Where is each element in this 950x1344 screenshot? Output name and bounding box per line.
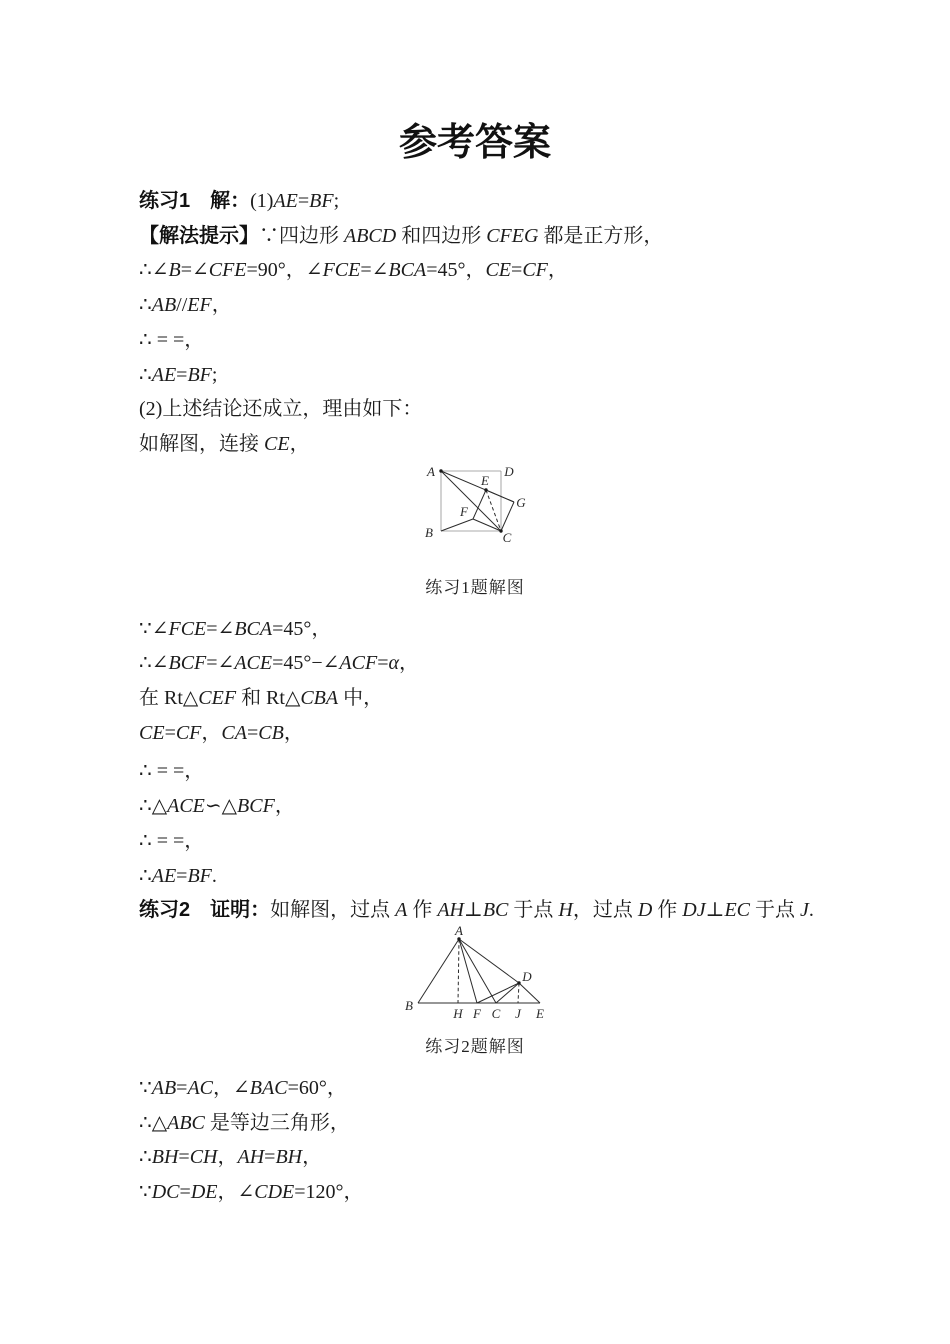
math-text: 在 Rt△CEF 和 Rt△CBA 中， — [139, 687, 383, 709]
segment-AF — [459, 939, 477, 1003]
math-text: (1)AE=BF; — [250, 190, 339, 212]
math-text: ∴△ACE∽△BCF， — [139, 795, 295, 817]
point-label-A: A — [426, 464, 435, 479]
math-text: ∴∠BCF=∠ACE=45°−∠ACF=α， — [139, 652, 419, 674]
text-line: 【解法提示】∵四边形 ABCD 和四边形 CFEG 都是正方形， — [139, 219, 890, 254]
text-line: ∴∠BCF=∠ACE=45°−∠ACF=α， — [139, 646, 890, 681]
exercise-2-figure: ABHFCJED — [400, 926, 570, 1021]
text-line: 练习1 解：(1)AE=BF; — [139, 184, 890, 219]
solution-text-block-2: ∵∠FCE=∠BCA=45°，∴∠BCF=∠ACE=45°−∠ACF=α，在 R… — [0, 612, 950, 751]
math-text: ∴ = =， — [139, 760, 204, 782]
bold-label: 练习2 — [139, 899, 190, 921]
text-line: 在 Rt△CEF 和 Rt△CBA 中， — [139, 681, 890, 716]
point-label-H: H — [452, 1006, 463, 1021]
point-label-D: D — [503, 464, 514, 479]
text-line: ∴△ACE∽△BCF， — [139, 789, 890, 824]
math-text: ∴AB//EF， — [139, 294, 232, 316]
text-line: ∴BH=CH，AH=BH， — [139, 1140, 890, 1175]
figure-caption-2: 练习2题解图 — [0, 1036, 950, 1058]
bold-label: 证明： — [210, 899, 270, 921]
text-line: ∴ = =， — [139, 323, 890, 358]
point-dot-E — [484, 488, 487, 491]
text-line: ∴ = =， — [139, 824, 890, 859]
exercise-2-figure-wrap: ABHFCJED — [400, 926, 950, 1021]
point-dot-A — [439, 469, 442, 472]
math-text: ∵∠FCE=∠BCA=45°， — [139, 618, 331, 640]
text-line: ∵AB=AC，∠BAC=60°， — [139, 1071, 890, 1106]
text-line: ∴AB//EF， — [139, 288, 890, 323]
segment-AH — [458, 939, 459, 1003]
segment-AC — [441, 471, 501, 531]
math-text: ∴∠B=∠CFE=90°，∠FCE=∠BCA=45°，CE=CF， — [139, 259, 568, 281]
math-text: ∴AE=BF. — [139, 865, 217, 887]
text-line: ∴∠B=∠CFE=90°，∠FCE=∠BCA=45°，CE=CF， — [139, 253, 890, 288]
segment-BF — [441, 519, 473, 531]
point-label-D: D — [521, 969, 532, 984]
segment-EC — [486, 490, 501, 531]
text-line: ∴AE=BF; — [139, 358, 890, 393]
segment-GC — [501, 502, 514, 531]
exercise-1-figure: ADBCEFG — [415, 456, 585, 556]
math-text: ∴ = =， — [139, 830, 204, 852]
segment-AD — [459, 939, 519, 983]
text-line: ∴△ABC 是等边三角形， — [139, 1106, 890, 1141]
math-text: ∵四边形 ABCD 和四边形 CFEG 都是正方形， — [259, 225, 663, 247]
point-label-C: C — [492, 1006, 501, 1021]
point-label-A: A — [454, 926, 463, 938]
point-label-B: B — [405, 998, 413, 1013]
point-label-J: J — [515, 1006, 522, 1021]
bold-label: 【解法提示】 — [139, 225, 259, 247]
bold-label: 解： — [210, 190, 250, 212]
solution-text-block-4: ∵AB=AC，∠BAC=60°，∴△ABC 是等边三角形，∴BH=CH，AH=B… — [0, 1071, 950, 1210]
solution-text-block-1: 练习1 解：(1)AE=BF;【解法提示】∵四边形 ABCD 和四边形 CFEG… — [0, 184, 950, 462]
math-text: ∴ = =， — [139, 329, 204, 351]
point-label-F: F — [472, 1006, 482, 1021]
math-text: (2)上述结论还成立，理由如下： — [139, 398, 422, 420]
point-label-G: G — [516, 495, 526, 510]
exercise-1-figure-wrap: ADBCEFG — [415, 456, 950, 556]
document-page: 参考答案 练习1 解：(1)AE=BF;【解法提示】∵四边形 ABCD 和四边形… — [0, 0, 950, 1344]
math-text: CE=CF，CA=CB， — [139, 722, 304, 744]
segment-DF — [477, 983, 519, 1003]
text-line: (2)上述结论还成立，理由如下： — [139, 392, 890, 427]
solution-text-block-3: ∴ = =，∴△ACE∽△BCF，∴ = =，∴AE=BF.练习2 证明：如解图… — [0, 754, 950, 928]
point-label-F: F — [459, 504, 469, 519]
point-label-E: E — [480, 473, 489, 488]
math-text: ∵DC=DE，∠CDE=120°， — [139, 1181, 364, 1203]
math-text — [190, 899, 210, 921]
point-label-E: E — [535, 1006, 544, 1021]
point-label-C: C — [503, 530, 512, 545]
text-line: CE=CF，CA=CB， — [139, 716, 890, 751]
math-text: ∴△ABC 是等边三角形， — [139, 1112, 350, 1134]
math-text: 如解图，过点 A 作 AH⊥BC 于点 H，过点 D 作 DJ⊥EC 于点 J. — [270, 899, 814, 921]
segment-DJ — [518, 983, 519, 1003]
point-dot-D — [517, 981, 520, 984]
math-text — [190, 190, 210, 212]
point-label-B: B — [425, 525, 433, 540]
math-text: ∴BH=CH，AH=BH， — [139, 1146, 322, 1168]
segment-DC — [496, 983, 519, 1003]
text-line: ∵∠FCE=∠BCA=45°， — [139, 612, 890, 647]
math-text: ∵AB=AC，∠BAC=60°， — [139, 1077, 347, 1099]
bold-label: 练习1 — [139, 190, 190, 212]
segment-EG — [486, 490, 514, 502]
text-line: 练习2 证明：如解图，过点 A 作 AH⊥BC 于点 H，过点 D 作 DJ⊥E… — [139, 893, 890, 928]
text-line: ∵DC=DE，∠CDE=120°， — [139, 1175, 890, 1210]
math-text: 如解图，连接 CE， — [139, 433, 310, 455]
segment-AC — [459, 939, 496, 1003]
figure-caption-1: 练习1题解图 — [0, 577, 950, 599]
text-line: ∴ = =， — [139, 754, 890, 789]
text-line: ∴AE=BF. — [139, 859, 890, 894]
segment-DE — [519, 983, 540, 1003]
page-title: 参考答案 — [0, 0, 950, 165]
math-text: ∴AE=BF; — [139, 364, 217, 386]
segment-BA — [418, 939, 459, 1003]
